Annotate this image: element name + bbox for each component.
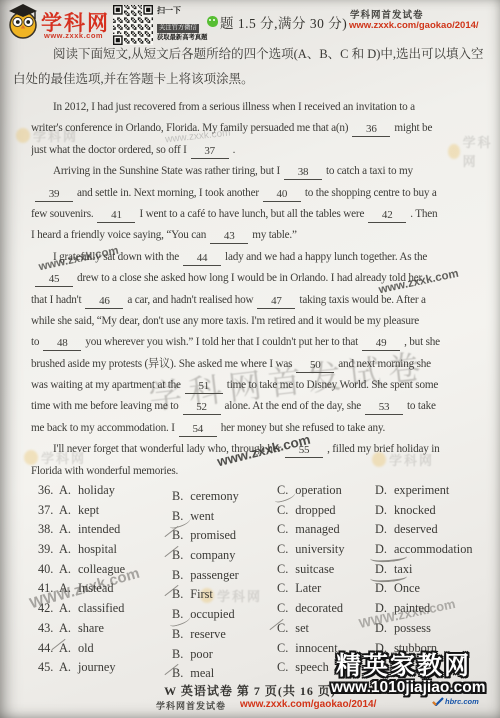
option-letter: D. xyxy=(375,601,387,615)
option-42-C: C.decorated xyxy=(277,601,343,616)
hbrc-logo: hbrc.com xyxy=(432,697,479,706)
option-text: poor xyxy=(190,647,213,661)
question-number: 43. xyxy=(38,621,53,636)
option-45-B: B.meal xyxy=(172,666,214,681)
blank-55: 55 xyxy=(285,444,323,458)
option-text: Instead xyxy=(78,581,114,595)
option-text: occupied xyxy=(190,607,234,621)
blank-54: 54 xyxy=(179,423,217,437)
option-38-A: A.intended xyxy=(59,522,120,537)
option-text: reserve xyxy=(190,627,226,641)
option-text: set xyxy=(295,621,309,635)
qr-caption: 扫一下 关注官方微信 获取最新高考真题 xyxy=(157,7,213,41)
blank-45: 45 xyxy=(35,273,73,287)
question-row: 37.A.keptB.wentC.droppedD.knocked xyxy=(38,503,468,523)
blank-38: 38 xyxy=(284,166,322,180)
option-letter: A. xyxy=(59,641,71,655)
option-42-A: A.classified xyxy=(59,601,124,616)
passage-line: brushed aside my protests (异议). She aske… xyxy=(31,354,482,375)
option-40-D: D.taxi xyxy=(375,562,412,577)
owl-blob-icon xyxy=(16,128,30,143)
option-letter: B. xyxy=(172,587,183,601)
question-number: 45. xyxy=(38,660,53,675)
option-text: journey xyxy=(78,660,116,674)
option-letter: C. xyxy=(277,601,288,615)
blank-48: 48 xyxy=(43,337,81,351)
question-number: 38. xyxy=(38,522,53,537)
option-text: university xyxy=(295,542,344,556)
option-text: colleague xyxy=(78,562,125,576)
passage-line: time with me before leaving me to52alone… xyxy=(31,396,482,417)
scanned-exam-page: 学科网 学科网 学科网 学科网 学科网 www.zxxk.com www.zxx… xyxy=(0,0,500,718)
passage-line: 39and settle in. Next morning, I took an… xyxy=(31,183,482,204)
option-text: meal xyxy=(190,666,214,680)
option-letter: B. xyxy=(172,568,183,582)
question-number: 41. xyxy=(38,581,53,596)
option-42-D: D.painted xyxy=(375,601,430,616)
passage-line: just what the doctor ordered, so off I37… xyxy=(31,140,482,161)
option-text: kept xyxy=(78,503,99,517)
option-37-D: D.knocked xyxy=(375,503,436,518)
question-row: 39.A.hospitalB.companyC.universityD.acco… xyxy=(38,542,468,562)
qr-caption-line1: 扫一下 xyxy=(157,7,213,15)
blank-37: 37 xyxy=(191,145,229,159)
publisher-title: 学科网首发试卷 xyxy=(350,7,424,21)
option-text: holiday xyxy=(78,483,115,497)
passage-line: to48you wherever you wish.” I told her t… xyxy=(31,332,482,353)
option-text: knocked xyxy=(394,503,436,517)
option-text: Later xyxy=(295,581,321,595)
option-letter: D. xyxy=(375,522,387,536)
question-number: 44. xyxy=(38,641,53,656)
wechat-icon xyxy=(207,16,218,27)
option-39-C: C.university xyxy=(277,542,344,557)
option-44-A: A.old xyxy=(59,641,94,656)
option-letter: B. xyxy=(172,607,183,621)
option-letter: B. xyxy=(172,647,183,661)
option-letter: A. xyxy=(59,503,71,517)
option-letter: C. xyxy=(277,542,288,556)
option-letter: C. xyxy=(277,503,288,517)
blank-40: 40 xyxy=(263,188,301,202)
option-text: intended xyxy=(78,522,120,536)
passage-line: that I hadn't46a car, and hadn't realise… xyxy=(31,290,482,311)
option-37-C: C.dropped xyxy=(277,503,336,518)
question-row: 42.A.classifiedB.occupiedC.decoratedD.pa… xyxy=(38,601,468,621)
option-text: deserved xyxy=(394,522,438,536)
option-text: old xyxy=(78,641,94,655)
option-letter: C. xyxy=(277,562,288,576)
zxxk-owl-logo-icon xyxy=(6,3,40,39)
option-letter: B. xyxy=(172,489,183,503)
blank-44: 44 xyxy=(183,252,221,266)
option-letter: D. xyxy=(375,581,387,595)
option-letter: C. xyxy=(277,621,288,635)
blank-53: 53 xyxy=(365,401,403,415)
passage-line: writer's conference in Orlando, Florida.… xyxy=(31,118,482,139)
question-row: 36.A.holidayB.ceremonyC.operationD.exper… xyxy=(38,483,468,503)
blank-50: 50 xyxy=(296,359,334,373)
option-letter: D. xyxy=(375,503,387,517)
publisher-url: www.zxxk.com/gaokao/2014/ xyxy=(349,20,479,31)
option-letter: C. xyxy=(277,641,288,655)
blank-42: 42 xyxy=(368,209,406,223)
option-43-D: D.possess xyxy=(375,621,431,636)
option-39-D: D.accommodation xyxy=(375,542,473,557)
passage-line: was waiting at my apartment at the51time… xyxy=(31,375,482,396)
passage-line: I gratefully sat down with the44lady and… xyxy=(31,247,482,268)
option-text: speech xyxy=(295,660,328,674)
option-41-A: A.Instead xyxy=(59,581,113,596)
option-letter: B. xyxy=(172,509,183,523)
option-text: operation xyxy=(295,483,341,497)
qr-caption-line3: 获取最新高考真题 xyxy=(157,35,213,41)
question-number: 37. xyxy=(38,503,53,518)
option-letter: A. xyxy=(59,581,71,595)
option-36-C: C.operation xyxy=(277,483,342,498)
option-39-A: A.hospital xyxy=(59,542,117,557)
footer-publisher-url: www.zxxk.com/gaokao/2014/ xyxy=(240,699,376,712)
option-letter: C. xyxy=(277,483,288,497)
option-text: accommodation xyxy=(394,542,473,556)
passage-line: I'll never forget that wonderful lady wh… xyxy=(31,439,482,460)
option-37-A: A.kept xyxy=(59,503,99,518)
option-text: classified xyxy=(78,601,124,615)
option-letter: A. xyxy=(59,483,71,497)
option-letter: A. xyxy=(59,522,71,536)
option-45-C: C.speech xyxy=(277,660,329,675)
option-text: passenger xyxy=(190,568,239,582)
option-40-A: A.colleague xyxy=(59,562,125,577)
blank-46: 46 xyxy=(85,295,123,309)
option-text: suitcase xyxy=(295,562,334,576)
option-40-C: C.suitcase xyxy=(277,562,334,577)
footer-publisher: 学科网首发试卷 www.zxxk.com/gaokao/2014/ xyxy=(156,699,376,712)
section-score-note: 题 1.5 分,满分 30 分) xyxy=(220,12,347,32)
option-41-C: C.Later xyxy=(277,581,321,596)
option-letter: C. xyxy=(277,581,288,595)
question-number: 40. xyxy=(38,562,53,577)
passage-line: few souvenirs.41I went to a café to have… xyxy=(31,204,482,225)
option-text: company xyxy=(190,548,235,562)
option-43-C: C.set xyxy=(277,621,309,636)
option-letter: A. xyxy=(59,660,71,674)
passage-line: me back to my accommodation. I54her mone… xyxy=(31,418,482,439)
option-44-C: C.innocent xyxy=(277,641,338,656)
option-text: ceremony xyxy=(190,489,238,503)
option-letter: B. xyxy=(172,627,183,641)
option-letter: A. xyxy=(59,542,71,556)
option-letter: A. xyxy=(59,601,71,615)
question-number: 39. xyxy=(38,542,53,557)
option-text: share xyxy=(78,621,104,635)
option-letter: D. xyxy=(375,542,387,556)
option-43-A: A.share xyxy=(59,621,104,636)
footer-publisher-title: 学科网首发试卷 xyxy=(156,699,226,712)
blank-36: 36 xyxy=(352,123,390,137)
blank-43: 43 xyxy=(210,230,248,244)
passage-line: 45drew to a close she asked how long I w… xyxy=(31,268,482,289)
zxxk-logo-url: www.zxxk.com xyxy=(44,31,103,40)
question-number: 36. xyxy=(38,483,53,498)
option-text: managed xyxy=(295,522,339,536)
passage: In 2012, I had just recovered from a ser… xyxy=(31,97,482,482)
option-38-D: D.deserved xyxy=(375,522,438,537)
jiajiao-watermark-title: 精英家教网 xyxy=(336,646,471,682)
option-letter: A. xyxy=(59,562,71,576)
passage-line: Arriving in the Sunshine State was rathe… xyxy=(31,161,482,182)
passage-line: In 2012, I had just recovered from a ser… xyxy=(31,97,482,118)
blank-49: 49 xyxy=(362,337,400,351)
question-number: 42. xyxy=(38,601,53,616)
option-text: went xyxy=(190,509,214,523)
option-letter: D. xyxy=(375,483,387,497)
blank-41: 41 xyxy=(97,209,135,223)
option-text: possess xyxy=(394,621,431,635)
question-row: 40.A.colleagueB.passengerC.suitcaseD.tax… xyxy=(38,562,468,582)
option-36-D: D.experiment xyxy=(375,483,449,498)
option-text: decorated xyxy=(295,601,343,615)
option-letter: A. xyxy=(59,621,71,635)
question-row: 43.A.shareB.reserveC.setD.possess xyxy=(38,621,468,641)
qr-caption-line2: 关注官方微信 xyxy=(157,24,199,33)
option-45-A: A.journey xyxy=(59,660,116,675)
option-letter: C. xyxy=(277,522,288,536)
option-text: First xyxy=(190,587,213,601)
option-36-A: A.holiday xyxy=(59,483,115,498)
option-letter: D. xyxy=(375,562,387,576)
passage-line: Florida with wonderful memories. xyxy=(31,461,482,482)
blank-51: 51 xyxy=(185,380,223,394)
passage-line: while she said, “My dear, don't use any … xyxy=(31,311,482,332)
option-text: painted xyxy=(394,601,430,615)
blank-47: 47 xyxy=(257,295,295,309)
option-text: Once xyxy=(394,581,420,595)
cloze-instruction: 阅读下面短文,从短文后各题所给的四个选项(A、B、C 和 D)中,选出可以填入空… xyxy=(13,42,489,92)
question-row: 38.A.intendedB.promisedC.managedD.deserv… xyxy=(38,522,468,542)
option-text: experiment xyxy=(394,483,449,497)
option-text: taxi xyxy=(394,562,412,576)
passage-line: I heard a friendly voice saying, “You ca… xyxy=(31,225,482,246)
blank-52: 52 xyxy=(183,401,221,415)
option-text: dropped xyxy=(295,503,335,517)
blank-39: 39 xyxy=(35,188,73,202)
option-letter: B. xyxy=(172,528,183,542)
option-letter: C. xyxy=(277,660,288,674)
option-letter: B. xyxy=(172,548,183,562)
qr-code xyxy=(113,4,153,46)
hbrc-swoosh-icon xyxy=(432,697,444,706)
option-text: innocent xyxy=(295,641,337,655)
option-text: promised xyxy=(190,528,236,542)
option-text: hospital xyxy=(78,542,117,556)
option-letter: B. xyxy=(172,666,183,680)
option-letter: D. xyxy=(375,621,387,635)
option-38-C: C.managed xyxy=(277,522,340,537)
jiajiao-watermark-url: www.1010jiajiao.com xyxy=(331,679,486,697)
question-row: 41.A.InsteadB.FirstC.LaterD.Once xyxy=(38,581,468,601)
option-41-D: D.Once xyxy=(375,581,420,596)
